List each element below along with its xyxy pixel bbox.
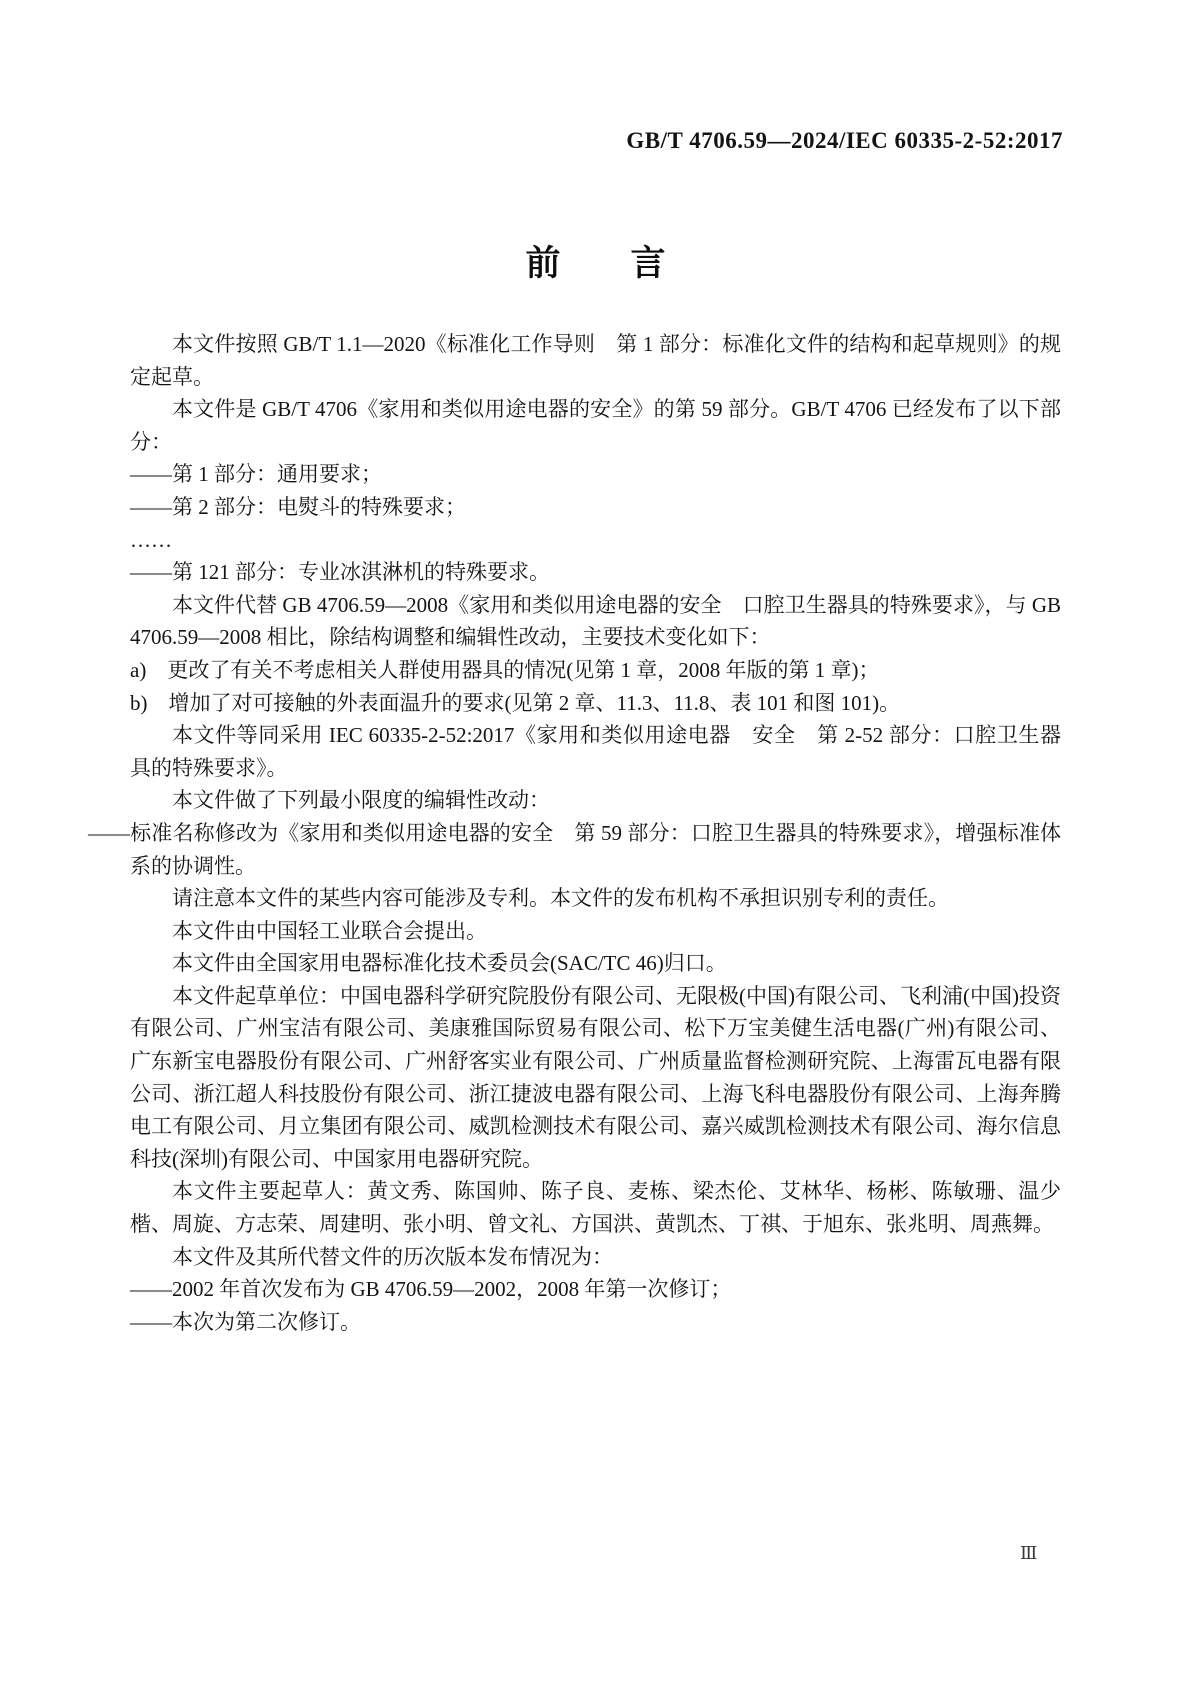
part-list-item: ——第 1 部分：通用要求； (130, 458, 1061, 491)
foreword-title: 前 言 (0, 236, 1191, 286)
foreword-paragraph: 本文件按照 GB/T 1.1—2020《标准化工作导则 第 1 部分：标准化文件… (130, 328, 1061, 393)
drafters-paragraph: 本文件主要起草人：黄文秀、陈国帅、陈子良、麦栋、梁杰伦、艾林华、杨彬、陈敏珊、温… (130, 1175, 1061, 1240)
history-list-item: ——本次为第二次修订。 (130, 1306, 1061, 1339)
part-list-ellipsis: …… (130, 524, 1061, 557)
history-list-item: ——2002 年首次发布为 GB 4706.59—2002，2008 年第一次修… (130, 1273, 1061, 1306)
foreword-paragraph: 本文件由中国轻工业联合会提出。 (130, 915, 1061, 948)
standard-number-header: GB/T 4706.59—2024/IEC 60335-2-52:2017 (130, 128, 1063, 154)
edit-change-list-item: ——标准名称修改为《家用和类似用途电器的安全 第 59 部分：口腔卫生器具的特殊… (130, 817, 1061, 882)
foreword-paragraph: 请注意本文件的某些内容可能涉及专利。本文件的发布机构不承担识别专利的责任。 (130, 882, 1061, 915)
foreword-paragraph: 本文件代替 GB 4706.59—2008《家用和类似用途电器的安全 口腔卫生器… (130, 589, 1061, 654)
part-list-item: ——第 2 部分：电熨斗的特殊要求； (130, 491, 1061, 524)
foreword-paragraph: 本文件由全国家用电器标准化技术委员会(SAC/TC 46)归口。 (130, 947, 1061, 980)
foreword-paragraph: 本文件及其所代替文件的历次版本发布情况为： (130, 1241, 1061, 1274)
part-list-item: ——第 121 部分：专业冰淇淋机的特殊要求。 (130, 556, 1061, 589)
foreword-paragraph: 本文件等同采用 IEC 60335-2-52:2017《家用和类似用途电器 安全… (130, 719, 1061, 784)
change-list-item-b: b) 增加了对可接触的外表面温升的要求(见第 2 章、11.3、11.8、表 1… (130, 687, 1061, 720)
page-number: Ⅲ (1020, 1543, 1037, 1564)
foreword-paragraph: 本文件是 GB/T 4706《家用和类似用途电器的安全》的第 59 部分。GB/… (130, 393, 1061, 458)
foreword-body: 本文件按照 GB/T 1.1—2020《标准化工作导则 第 1 部分：标准化文件… (130, 328, 1061, 1338)
foreword-paragraph: 本文件做了下列最小限度的编辑性改动： (130, 784, 1061, 817)
document-page: GB/T 4706.59—2024/IEC 60335-2-52:2017 前 … (0, 0, 1191, 1685)
change-list-item-a: a) 更改了有关不考虑相关人群使用器具的情况(见第 1 章，2008 年版的第 … (130, 654, 1061, 687)
drafting-units-paragraph: 本文件起草单位：中国电器科学研究院股份有限公司、无限极(中国)有限公司、飞利浦(… (130, 980, 1061, 1176)
